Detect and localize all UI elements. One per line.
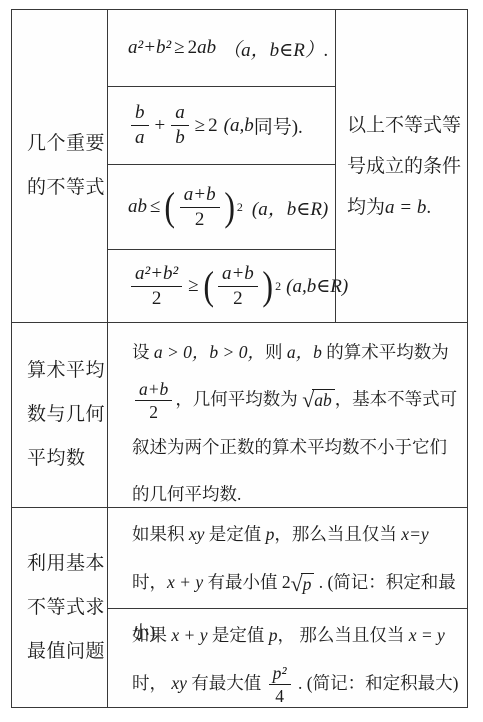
formula-reciprocal-sum: ba+ab≥2(a,b 同号).: [108, 86, 335, 164]
cn-text: 时，: [132, 673, 171, 693]
radicand: ab: [312, 389, 335, 410]
fraction-numerator: a: [171, 102, 189, 126]
sqrt-ab: √ab: [302, 377, 335, 424]
cn-text: ，那么当且仅当: [274, 524, 401, 544]
math-text: x + y: [167, 572, 207, 592]
fraction-sum-squares-over-2: a²+b²2: [131, 263, 182, 310]
fraction-numerator: a+b: [135, 379, 172, 401]
inequality-reference-table: 几个重要 的不等式 a²+b²≥2ab（a，b∈R）. ba+ab≥2(a,b …: [11, 9, 468, 708]
fraction-denominator: a: [131, 126, 149, 149]
equality-condition-note: 以上不等式等号成立的条件均为a = b.: [347, 105, 463, 228]
fraction-b-over-a: ba: [131, 102, 149, 149]
section3-label-cell: 利用基本 不等式求 最值问题: [12, 508, 108, 707]
cn-text: 是定值: [212, 625, 269, 645]
geq-sign: ≥: [192, 115, 208, 137]
equality-condition-note-cell: 以上不等式等号成立的条件均为a = b.: [336, 10, 467, 322]
formula3-lhs: ab: [128, 196, 147, 218]
cn-text: . (简记：和定积最大): [294, 673, 459, 693]
cn-text: 有最大值: [191, 673, 265, 693]
cn-text: 是定值: [209, 524, 266, 544]
cn-text: 时，: [132, 572, 167, 592]
section-extremum: 利用基本 不等式求 最值问题 如果积 xy 是定值 p，那么当且仅当 x=y 时…: [12, 507, 467, 707]
fraction-numerator: b: [131, 102, 149, 126]
section-important-inequalities: 几个重要 的不等式 a²+b²≥2ab（a，b∈R）. ba+ab≥2(a,b …: [12, 10, 467, 322]
cn-text: ， 那么当且仅当: [277, 625, 408, 645]
fraction-numerator: p²: [269, 663, 291, 685]
fraction-a-plus-b-over-2: a+b2: [180, 184, 220, 231]
fraction-numerator: a+b: [180, 184, 220, 208]
cn-text: ，几何平均数为: [175, 389, 302, 409]
fraction-a-plus-b-over-2: a+b2: [135, 379, 172, 422]
fraction-numerator: a+b: [218, 263, 258, 287]
section3-items-column: 如果积 xy 是定值 p，那么当且仅当 x=y 时，x + y 有最小值 2√p…: [108, 508, 467, 707]
fraction-denominator: b: [171, 126, 189, 149]
cn-text: 设: [132, 342, 154, 362]
fixed-sum-rule-cell: 如果 x + y 是定值 p， 那么当且仅当 x = y 时， xy 有最大值 …: [108, 608, 467, 707]
fraction-denominator: 2: [135, 401, 172, 422]
formula2-coef: 2: [208, 115, 218, 137]
note-period: .: [426, 197, 431, 218]
fixed-sum-rule: 如果 x + y 是定值 p， 那么当且仅当 x = y 时， xy 有最大值 …: [132, 611, 463, 707]
formula2-condition-vars: (a,b: [224, 115, 254, 137]
formula1-coef: 2: [188, 37, 198, 59]
fraction-denominator: 2: [218, 287, 258, 310]
section2-label-cell: 算术平均 数与几何 平均数: [12, 323, 108, 507]
geq-sign: ≥: [185, 275, 201, 297]
fraction-numerator: a²+b²: [131, 263, 182, 287]
fixed-product-rule-cell: 如果积 xy 是定值 p，那么当且仅当 x=y 时，x + y 有最小值 2√p…: [108, 508, 467, 608]
plus-sign: +: [152, 115, 169, 137]
exponent-2: 2: [275, 279, 281, 294]
fraction-denominator: 2: [131, 287, 182, 310]
formula1-vars: ab: [197, 37, 216, 59]
section3-label-line1: 利用基本: [27, 542, 107, 586]
section3-label-line2: 不等式求: [27, 586, 107, 630]
math-text: xy: [171, 673, 191, 693]
section-means: 算术平均 数与几何 平均数 设 a > 0，b > 0，则 a，b 的算术平均数…: [12, 322, 467, 507]
formula3-condition: (a，b∈R): [252, 194, 328, 221]
section2-label-line3: 平均数: [27, 437, 107, 481]
fraction-denominator: 4: [269, 685, 291, 706]
geq-sign: ≥: [171, 37, 187, 59]
math-text: xy: [189, 524, 209, 544]
coefficient-2: 2: [282, 572, 291, 592]
leq-sign: ≤: [147, 196, 163, 218]
fraction-p-squared-over-4: p²4: [269, 663, 291, 706]
note-math: a = b: [385, 197, 426, 218]
section1-formula-column: a²+b²≥2ab（a，b∈R）. ba+ab≥2(a,b 同号). ab≤(a…: [108, 10, 336, 322]
formula-mean-square: a²+b²2≥(a+b2)2(a,b∈R): [108, 249, 335, 322]
section1-label-line2: 的不等式: [27, 166, 107, 210]
cn-text: 如果: [132, 625, 171, 645]
formula-product-bound: ab≤(a+b2)2(a，b∈R): [108, 164, 335, 249]
section1-label-cell: 几个重要 的不等式: [12, 10, 108, 322]
math-text: a > 0，b > 0，: [154, 342, 265, 362]
sqrt-p: √p: [291, 560, 315, 608]
formula1-condition: （a，b∈R）.: [222, 35, 328, 62]
section2-label-line1: 算术平均: [27, 349, 107, 393]
cn-text: 则: [265, 342, 287, 362]
formula1-lhs: a²+b²: [128, 37, 171, 59]
fraction-denominator: 2: [180, 208, 220, 231]
section2-label-line2: 数与几何: [27, 393, 107, 437]
formula-sum-of-squares: a²+b²≥2ab（a，b∈R）.: [108, 10, 335, 86]
radicand: p: [301, 573, 315, 594]
cn-text: 的算术平均数为: [326, 342, 449, 362]
math-text: a，b: [287, 342, 326, 362]
section3-label-line3: 最值问题: [27, 630, 107, 674]
means-definition-paragraph: 设 a > 0，b > 0，则 a，b 的算术平均数为a+b2，几何平均数为 √…: [132, 329, 461, 518]
math-text: x = y: [409, 625, 445, 645]
cn-text: 如果积: [132, 524, 189, 544]
section2-content-cell: 设 a > 0，b > 0，则 a，b 的算术平均数为a+b2，几何平均数为 √…: [108, 323, 467, 507]
section1-label-line1: 几个重要: [27, 122, 107, 166]
fraction-a-plus-b-over-2: a+b2: [218, 263, 258, 310]
cn-text: 有最小值: [207, 572, 281, 592]
exponent-2: 2: [237, 200, 243, 215]
fraction-a-over-b: ab: [171, 102, 189, 149]
math-text: x + y: [171, 625, 211, 645]
formula2-condition-text: 同号).: [254, 112, 303, 139]
math-text: x=y: [401, 524, 428, 544]
